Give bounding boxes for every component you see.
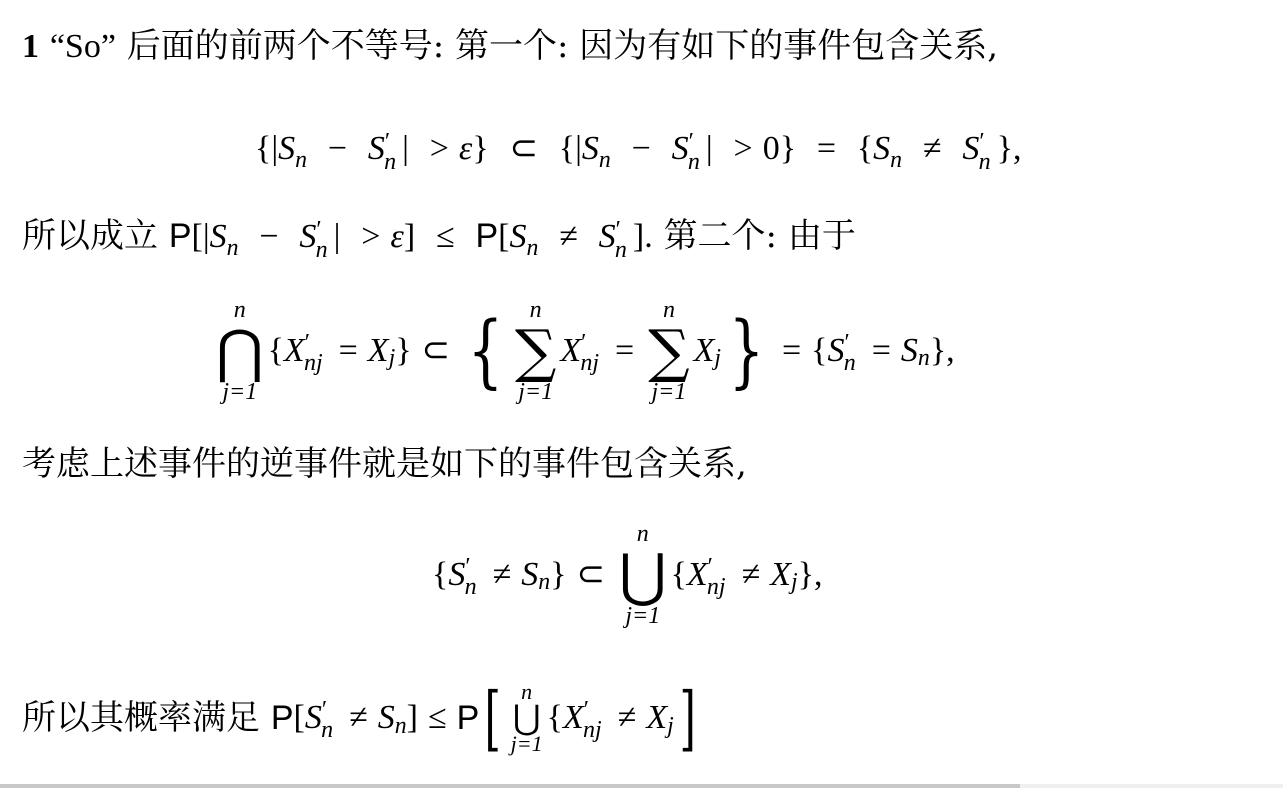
equation-1: {|Sn − S′n| >ε} ⊂ {|Sn − S′n| >0} = {Sn …: [255, 128, 1021, 172]
big-union: n ⋃ j=1: [619, 521, 667, 629]
paragraph-2-text-before: 所以成立: [22, 216, 158, 256]
paragraph-3: 考虑上述事件的逆事件就是如下的事件包含关系,: [22, 444, 747, 484]
paragraph-4-text-before: 所以其概率满足: [22, 698, 260, 738]
summation-1: n ∑ j=1: [515, 297, 556, 405]
quoted-so: “So”: [50, 28, 116, 65]
item-number: 1: [22, 28, 39, 65]
paragraph-2: 所以成立 P[|Sn − S′n| >ε] ≤ P[Sn ≠ S′n]. 第二个…: [22, 216, 856, 260]
paragraph-1: 1 “So” 后面的前两个不等号: 第一个: 因为有如下的事件包含关系,: [22, 26, 998, 67]
summation-2: n ∑ j=1: [648, 297, 689, 405]
paragraph-1-text: 后面的前两个不等号: 第一个: 因为有如下的事件包含关系,: [127, 26, 998, 66]
horizontal-scrollbar[interactable]: [0, 784, 1283, 788]
big-union-inline: n ⋃ j=1: [511, 681, 543, 755]
scrollbar-thumb[interactable]: [0, 784, 1020, 788]
paragraph-4: 所以其概率满足 P[S′n ≠ Sn] ≤ P[ n ⋃ j=1 {X′nj ≠…: [22, 666, 701, 770]
equation-2: n ⋂ j=1 {X′nj = Xj} ⊂ { n ∑ j=1 X′nj = n…: [212, 288, 955, 413]
paragraph-2-text-after: 第二个: 由于: [664, 216, 856, 256]
equation-3: {S′n ≠ Sn} ⊂ n ⋃ j=1 {X′nj ≠ Xj},: [432, 512, 823, 637]
big-intersection: n ⋂ j=1: [216, 297, 264, 405]
paragraph-3-text: 考虑上述事件的逆事件就是如下的事件包含关系,: [22, 444, 747, 484]
